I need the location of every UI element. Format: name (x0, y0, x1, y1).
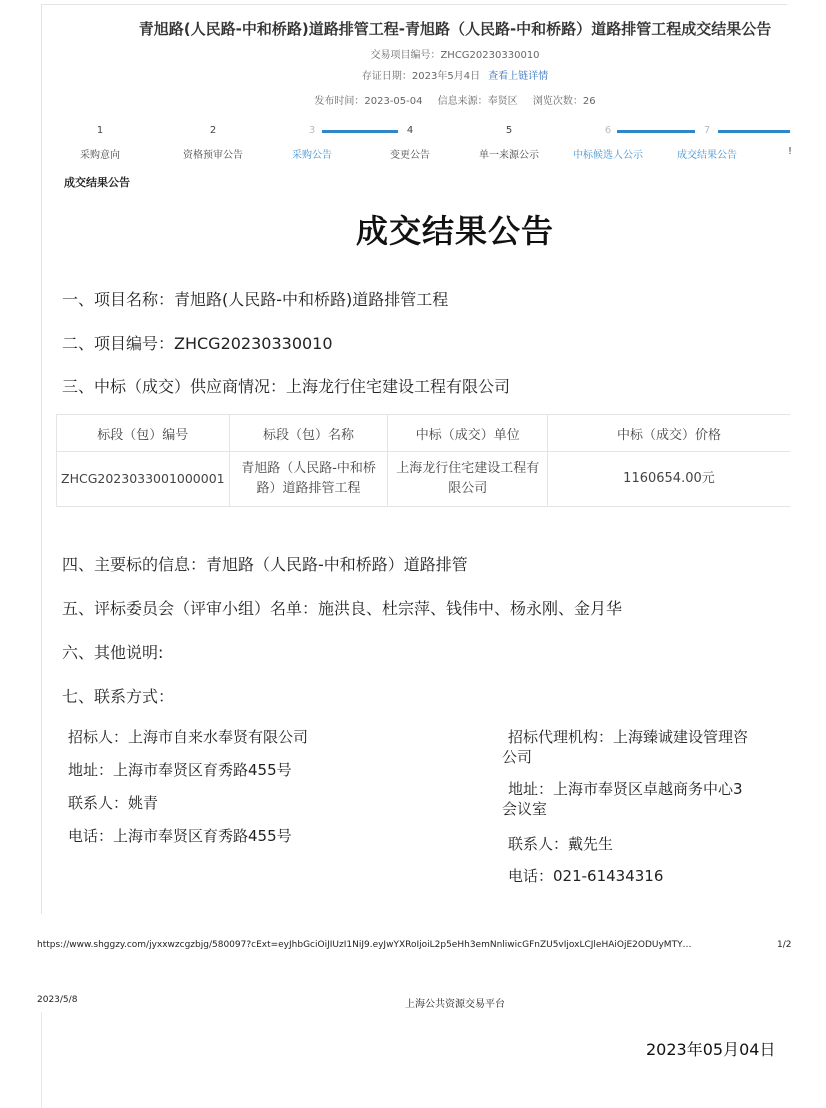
views-count: 26 (583, 96, 596, 107)
document-title: 成交结果公告 (0, 206, 826, 252)
step-label: ! (740, 146, 826, 157)
tenderer-person: 联系人：姚青 (68, 793, 308, 826)
agency-name-line1: 招标代理机构：上海臻诚建设管理咨 (502, 727, 792, 747)
col-header-lot-number: 标段（包）编号 (57, 415, 230, 452)
signature-date: 2023年05月04日 (646, 1037, 775, 1060)
step-5[interactable]: 5 单一来源公示 (459, 124, 559, 161)
print-site-name: 上海公共资源交易平台 (0, 995, 826, 1010)
agency-phone: 电话：021-61434316 (502, 866, 792, 886)
step-label: 采购公告 (262, 146, 362, 161)
step-number: 3 (262, 124, 362, 138)
step-number: 2 (163, 124, 263, 138)
committee-list: 五、评标委员会（评审小组）名单：施洪良、杜宗萍、钱伟中、杨永刚、金月华 (62, 596, 622, 619)
trade-number-line: 交易项目编号：ZHCG20230330010 (0, 46, 826, 61)
views-label: 浏览次数： (533, 96, 583, 107)
trade-number: ZHCG20230330010 (440, 50, 539, 61)
step-number: 1 (50, 124, 150, 138)
step-3[interactable]: 3 采购公告 (262, 124, 362, 161)
step-number (740, 124, 826, 138)
publish-time-label: 发布时间： (314, 96, 364, 107)
agency-contact: 招标代理机构：上海臻诚建设管理咨 公司 地址：上海市奉贤区卓越商务中心3 会议室… (502, 727, 792, 886)
cell-lot-number: ZHCG2023033001000001 (57, 452, 230, 507)
page-frame-left-lower (41, 1012, 42, 1108)
cell-winner: 上海龙行住宅建设工程有限公司 (388, 452, 547, 507)
page-frame-left (41, 4, 42, 914)
announcement-title: 青旭路(人民路-中和桥路)道路排管工程-青旭路（人民路-中和桥路）道路排管工程成… (0, 18, 826, 39)
other-notes: 六、其他说明: (62, 640, 163, 663)
col-header-price: 中标（成交）价格 (547, 415, 790, 452)
step-2[interactable]: 2 资格预审公告 (163, 124, 263, 161)
publish-time: 2023-05-04 (364, 96, 422, 107)
print-url: https://www.shggzy.com/jyxxwzcgzbjg/5800… (37, 940, 772, 950)
step-number: 4 (360, 124, 460, 138)
publish-info-line: 发布时间：2023-05-04 信息来源：奉贤区 浏览次数：26 (0, 92, 826, 107)
source: 奉贤区 (488, 96, 518, 107)
subject-info: 四、主要标的信息：青旭路（人民路-中和桥路）道路排管 (62, 552, 468, 575)
contact-heading: 七、联系方式： (62, 684, 174, 707)
step-label: 资格预审公告 (163, 146, 263, 161)
step-number: 6 (558, 124, 658, 138)
project-number: 二、项目编号：ZHCG20230330010 (62, 331, 333, 354)
page-frame-top (41, 4, 787, 5)
section-tag: 成交结果公告 (64, 174, 130, 190)
table-row: ZHCG2023033001000001 青旭路（人民路-中和桥路）道路排管工程… (57, 452, 791, 507)
cert-date-label: 存证日期： (362, 71, 412, 82)
tenderer-name: 招标人：上海市自来水奉贤有限公司 (68, 727, 308, 760)
step-number: 5 (459, 124, 559, 138)
step-4[interactable]: 4 变更公告 (360, 124, 460, 161)
view-chain-details-link[interactable]: 查看上链详情 (488, 71, 548, 82)
cell-lot-name: 青旭路（人民路-中和桥路）道路排管工程 (229, 452, 388, 507)
agency-person: 联系人：戴先生 (502, 834, 792, 854)
table-header-row: 标段（包）编号 标段（包）名称 中标（成交）单位 中标（成交）价格 (57, 415, 791, 452)
agency-address-line1: 地址：上海市奉贤区卓越商务中心3 (502, 779, 792, 799)
step-label: 采购意向 (50, 146, 150, 161)
step-8-truncated[interactable]: ! (740, 124, 826, 157)
tenderer-contact: 招标人：上海市自来水奉贤有限公司 地址：上海市奉贤区育秀路455号 联系人：姚青… (68, 727, 308, 859)
tenderer-phone: 电话：上海市奉贤区育秀路455号 (68, 826, 308, 859)
source-label: 信息来源： (438, 96, 488, 107)
trade-number-label: 交易项目编号： (370, 50, 440, 61)
step-6[interactable]: 6 中标候选人公示 (558, 124, 658, 161)
tenderer-address: 地址：上海市奉贤区育秀路455号 (68, 760, 308, 793)
col-header-winner: 中标（成交）单位 (388, 415, 547, 452)
cell-price: 1160654.00元 (547, 452, 790, 507)
agency-address-line2: 会议室 (502, 799, 792, 819)
step-label: 单一来源公示 (459, 146, 559, 161)
agency-name-line2: 公司 (502, 747, 792, 767)
col-header-lot-name: 标段（包）名称 (229, 415, 388, 452)
step-label: 变更公告 (360, 146, 460, 161)
cert-date: 2023年5月4日 (412, 71, 480, 82)
page-number: 1/2 (777, 940, 791, 950)
process-steps: 1 采购意向 2 资格预审公告 3 采购公告 4 变更公告 5 单一来源公示 6… (50, 124, 826, 168)
step-1[interactable]: 1 采购意向 (50, 124, 150, 161)
supplier-info: 三、中标（成交）供应商情况：上海龙行住宅建设工程有限公司 (62, 374, 510, 397)
result-table: 标段（包）编号 标段（包）名称 中标（成交）单位 中标（成交）价格 ZHCG20… (56, 414, 790, 507)
cert-date-line: 存证日期：2023年5月4日查看上链详情 (0, 67, 826, 82)
project-name: 一、项目名称：青旭路(人民路-中和桥路)道路排管工程 (62, 287, 448, 310)
step-label: 中标候选人公示 (558, 146, 658, 161)
